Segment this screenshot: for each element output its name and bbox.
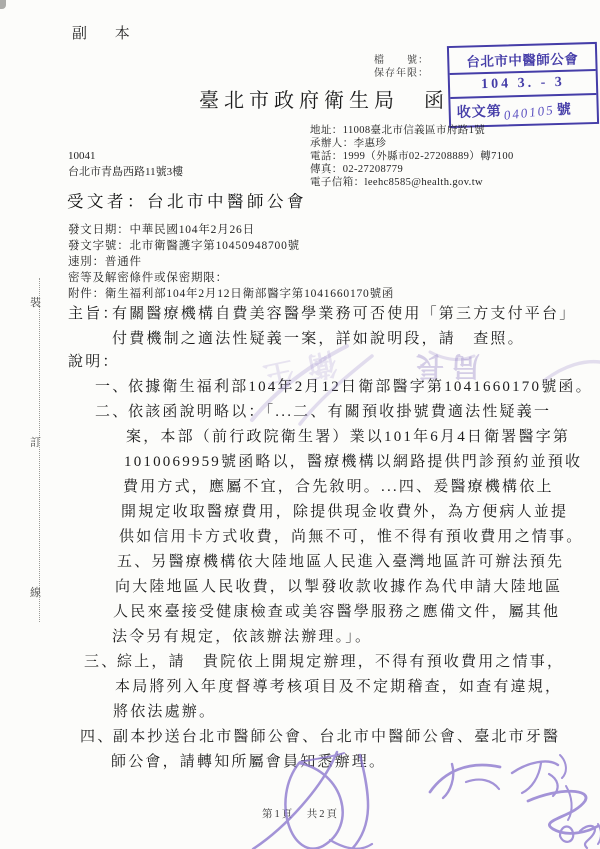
item-line: 供如信用卡方式收費，尚無不可，惟不得有預收費用之情事。: [119, 525, 583, 546]
item-line: 向大陸地區人民收費，以掣發收款收據作為代申請大陸地區: [115, 575, 562, 596]
item-line: 費用方式，應屬不宜，合先敘明。...四、爰醫療機構依上: [123, 475, 554, 496]
binding-dotted-line: [39, 278, 40, 622]
binding-char: 訂: [30, 434, 41, 450]
recipient-zip: 10041: [68, 150, 96, 162]
meta-date: 發文日期：中華民國104年2月26日: [68, 221, 255, 237]
item-line: 將依法處辦。: [113, 700, 216, 721]
copy-label: 副 本: [72, 22, 142, 43]
subject-line: 有關醫療機構自費美容醫學業務可否使用「第三方支付平台」: [112, 302, 576, 323]
recipient-street: 台北市青島西路11號3樓: [68, 163, 183, 179]
scan-artifact: [0, 0, 6, 9]
stamp-handwritten-number: 040105: [503, 102, 556, 124]
retention-label: 保存年限：: [374, 64, 429, 79]
item-line: 案，本部（前行政院衛生署）業以101年6月4日衛署醫字第: [126, 425, 570, 446]
stamp-date: 104 3. - 3: [450, 69, 597, 99]
item-line: 人民來臺接受健康檢查或美容醫學服務之應備文件，屬其他: [113, 600, 560, 621]
meta-attachment: 附件：衛生福利部104年2月12日衛部醫字第1041660170號函: [68, 285, 394, 301]
item-line: 五、另醫療機構依大陸地區人民進入臺灣地區許可辦法預先: [117, 550, 564, 571]
item-number: 二、: [95, 400, 129, 421]
item-line: 依該函說明略以：「...二、有關預收掛號費適法性疑義一: [128, 400, 551, 421]
item-line: 開規定收取醫療費用，除提供現金收費外，為方便病人並提: [121, 500, 568, 521]
document-page: 副 本 檔 號： 保存年限： 臺北市政府衛生局 函 台北市中醫師公會 104 3…: [0, 0, 600, 849]
binding-char: 線: [30, 584, 41, 600]
stamp-received-prefix: 收文第: [456, 101, 502, 122]
item-line: 1010069959號函略以，醫療機構以網路提供門診預約並預收: [124, 450, 582, 471]
item-number: 三、: [84, 650, 118, 671]
subject-line: 付費機制之適法性疑義一案，詳如說明段，請 查照。: [112, 327, 525, 348]
item-number: 四、: [80, 725, 114, 746]
item-line: 本局將列入年度督導考核項目及不定期稽查，如查有違規，: [115, 675, 562, 696]
item-line: 依據衛生福利部104年2月12日衛部醫字第1041660170號函。: [128, 375, 593, 396]
stamp-received-suffix: 號: [556, 99, 572, 119]
receiving-stamp: 台北市中醫師公會 104 3. - 3 收文第 040105 號: [447, 42, 599, 128]
document-title: 臺北市政府衛生局 函: [199, 84, 449, 113]
explanation-label: 說明：: [68, 350, 120, 371]
meta-speed: 速別：普通件: [68, 253, 142, 269]
item-line: 法令另有規定，依該辦法辦理。」。: [112, 625, 372, 646]
item-line: 副本抄送台北市醫師公會、台北市中醫師公會、臺北市牙醫: [113, 725, 560, 746]
item-number: 一、: [95, 375, 129, 396]
meta-secrecy: 密等及解密條件或保密期限：: [68, 269, 228, 285]
meta-ref-number: 發文字號：北市衛醫護字第10450948700號: [68, 237, 300, 253]
sender-email: 電子信箱：leehc8585@health.gov.tw: [310, 174, 483, 189]
recipient: 受文者：台北市中醫師公會: [67, 188, 307, 212]
page-footer: 第1頁 共2頁: [262, 806, 339, 821]
item-line: 綜上，請 貴院依上開規定辦理，不得有預收費用之情事，: [117, 650, 564, 671]
binding-char: 裝: [30, 294, 41, 310]
item-line: 師公會，請轉知所屬會員知悉辦理。: [111, 750, 386, 771]
